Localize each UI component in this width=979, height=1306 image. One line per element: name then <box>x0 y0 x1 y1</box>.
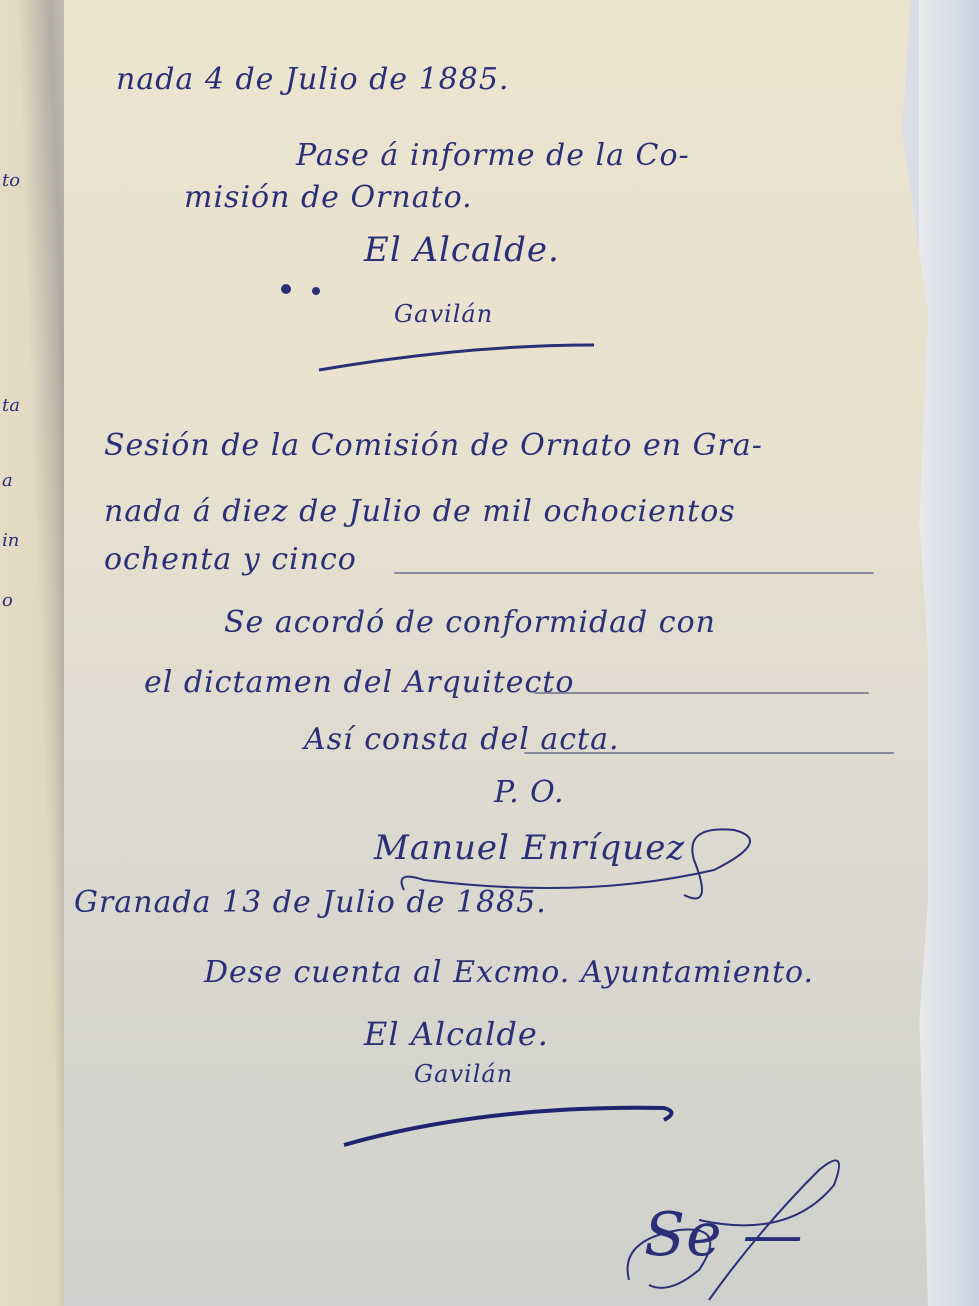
adjacent-page-text: to <box>2 170 20 191</box>
adjacent-page-text: o <box>2 590 13 611</box>
signature-flourish-icon <box>334 1090 684 1150</box>
manuscript-page: nada 4 de Julio de 1885. Pase á informe … <box>64 0 928 1306</box>
fill-line <box>394 572 874 574</box>
decree-1-closing: El Alcalde. <box>364 230 560 270</box>
background-sheet <box>919 0 979 1306</box>
minutes-line: nada á diez de Julio de mil ochocientos <box>104 494 736 529</box>
fill-line <box>524 752 894 754</box>
decree-1-line: misión de Ornato. <box>184 180 473 215</box>
decree-2-line: Dese cuenta al Excmo. Ayuntamiento. <box>204 955 814 990</box>
adjacent-page-text: a <box>2 470 13 491</box>
signature-flourish-icon <box>264 275 604 375</box>
minutes-line: Se acordó de conformidad con <box>224 605 716 640</box>
decree-2-closing: El Alcalde. <box>364 1015 549 1053</box>
adjacent-page-text: in <box>2 530 19 551</box>
flourish-icon <box>609 1150 909 1306</box>
decree-1-line: nada 4 de Julio de 1885. <box>116 62 509 97</box>
decree-2-signature: Gavilán <box>414 1060 513 1088</box>
decree-1-line: Pase á informe de la Co- <box>296 138 690 173</box>
minutes-line: ochenta y cinco <box>104 542 357 577</box>
fill-line <box>534 692 869 694</box>
adjacent-page-text: ta <box>2 395 20 416</box>
minutes-line: Sesión de la Comisión de Ornato en Gra- <box>104 428 763 463</box>
decree-2-line: Granada 13 de Julio de 1885. <box>74 885 547 920</box>
minutes-line: el dictamen del Arquitecto <box>144 665 574 700</box>
